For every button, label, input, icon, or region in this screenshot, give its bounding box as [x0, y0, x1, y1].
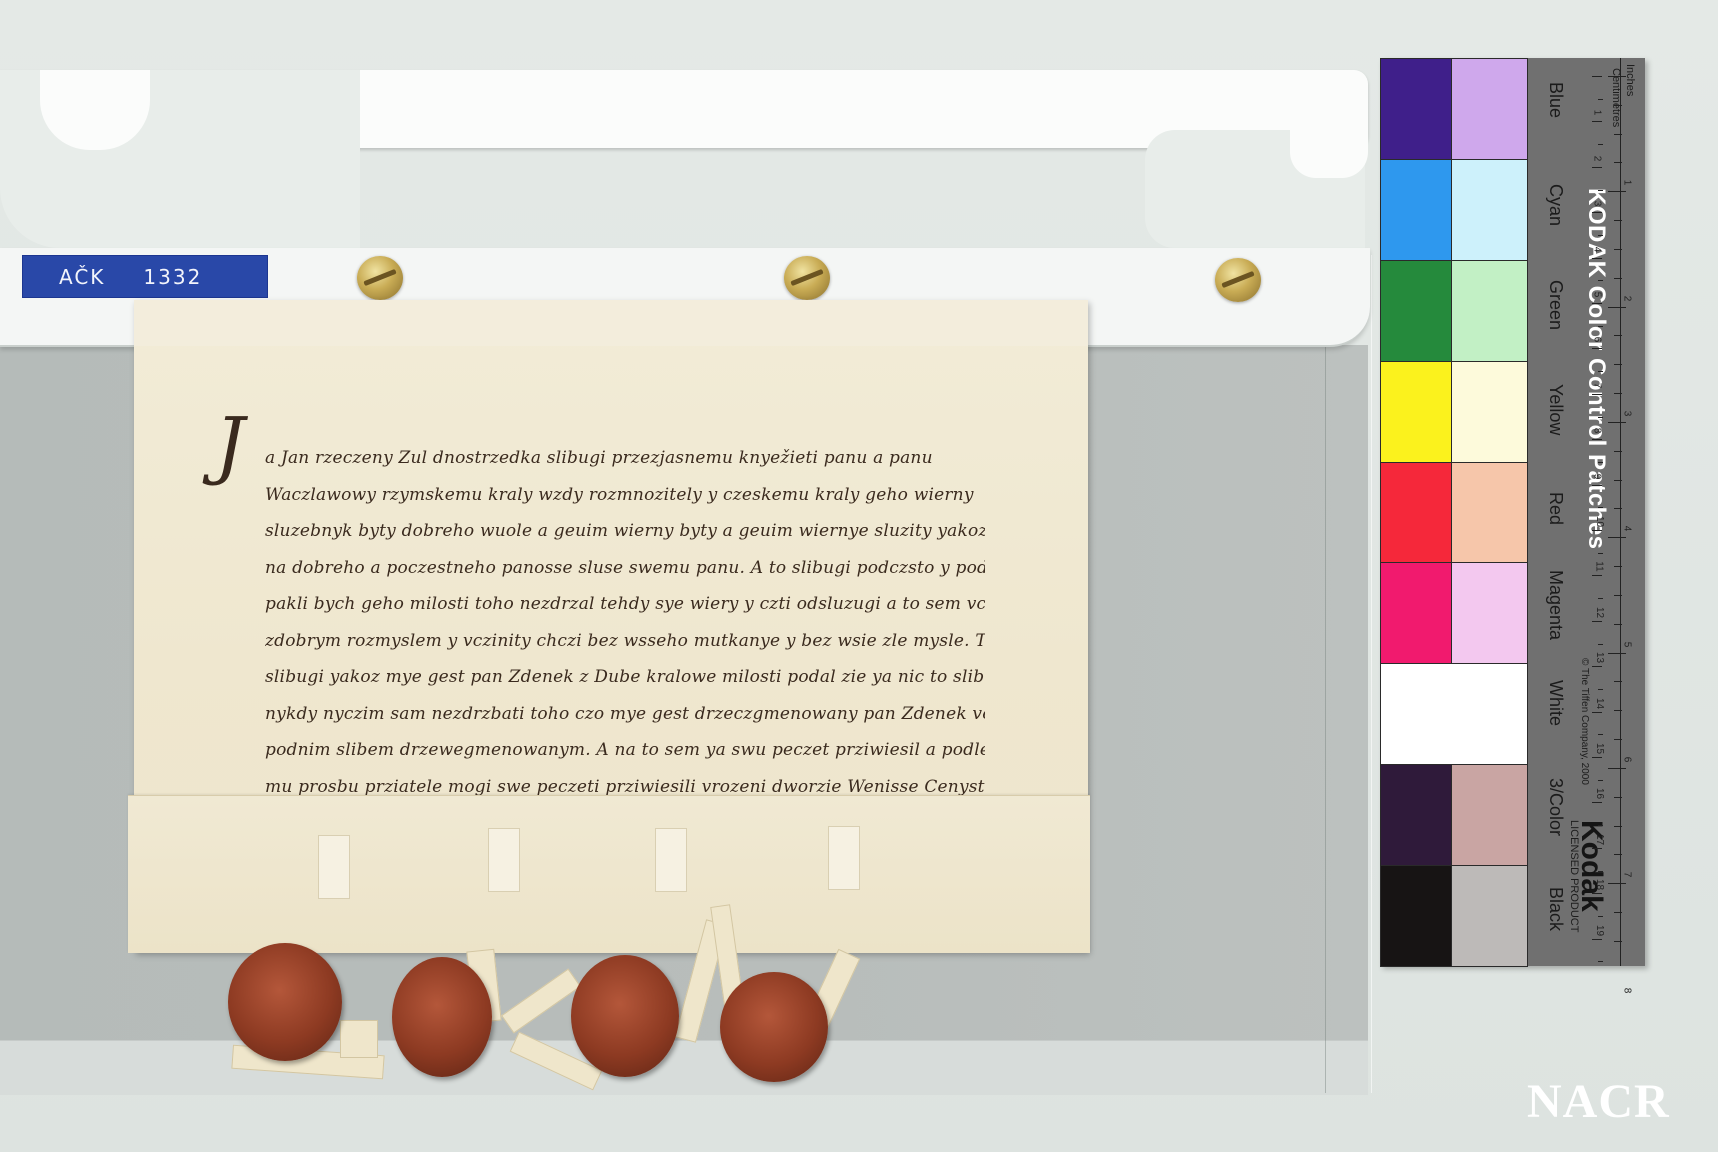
cm-tick: [1598, 280, 1603, 281]
seal-slit: [318, 835, 350, 899]
inch-tick: [1614, 797, 1622, 798]
inch-tick-label: 5: [1621, 641, 1632, 647]
cm-tick: [1592, 121, 1602, 122]
cm-tick: [1598, 734, 1603, 735]
patch-yellow-light: [1451, 361, 1528, 463]
inch-tick-label: 3: [1621, 411, 1632, 417]
inch-tick: [1614, 393, 1622, 394]
cm-tick: [1592, 212, 1602, 213]
inch-tick: [1614, 105, 1622, 106]
cm-tick: [1598, 689, 1603, 690]
screw-icon: [1215, 258, 1261, 302]
inch-tick-label: 2: [1621, 295, 1632, 301]
cm-tick-label: 13: [1594, 652, 1605, 663]
archive-label-prefix: AČK: [59, 265, 105, 289]
cm-tick: [1592, 76, 1602, 77]
cm-tick: [1598, 825, 1603, 826]
inch-tick: [1614, 912, 1622, 913]
screw-icon: [357, 256, 403, 300]
inch-tick: [1614, 134, 1622, 135]
cm-tick-label: 5: [1591, 292, 1602, 298]
text-line: pakli bych geho milosti toho nezdrzal te…: [265, 586, 985, 623]
archive-label-number: 1332: [143, 265, 202, 289]
cm-tick: [1598, 417, 1603, 418]
patch-3-color-light: [1451, 764, 1528, 866]
nacr-watermark: NACR: [1527, 1074, 1670, 1129]
inch-tick: [1614, 278, 1622, 279]
patch-magenta-dark: [1380, 562, 1452, 664]
cm-tick: [1598, 598, 1603, 599]
screw-icon: [784, 256, 830, 300]
inch-tick: [1614, 335, 1622, 336]
inch-tick: [1614, 566, 1622, 567]
cm-tick: [1592, 394, 1602, 395]
cm-tick: [1592, 348, 1602, 349]
inch-tick: [1608, 883, 1626, 884]
cm-tick-label: 14: [1594, 698, 1605, 709]
parchment-under-holder: [134, 300, 1088, 346]
wax-seal: [720, 972, 828, 1082]
cm-tick: [1598, 644, 1603, 645]
inch-tick: [1614, 624, 1622, 625]
inch-tick: [1614, 364, 1622, 365]
cm-tick: [1598, 190, 1603, 191]
inch-tick: [1614, 220, 1622, 221]
inch-tick: [1614, 508, 1622, 509]
cm-tick: [1598, 780, 1603, 781]
inch-tick: [1614, 451, 1622, 452]
inch-tick: [1614, 941, 1622, 942]
patch-red-dark: [1380, 462, 1452, 564]
wax-seal: [392, 957, 492, 1077]
inch-tick-label: 4: [1621, 526, 1632, 532]
seal-tag: [340, 1020, 378, 1058]
cm-tick-label: 3: [1591, 201, 1602, 207]
cm-tick: [1592, 848, 1602, 849]
cm-tick: [1598, 326, 1603, 327]
text-line: na dobreho a poczestneho panosse sluse s…: [265, 550, 985, 587]
inch-tick: [1614, 826, 1622, 827]
patch-green-dark: [1380, 260, 1452, 362]
inch-tick: [1614, 681, 1622, 682]
cm-tick-label: 12: [1594, 607, 1605, 618]
patch-magenta-light: [1451, 562, 1528, 664]
seal-slit: [828, 826, 860, 890]
cm-tick: [1592, 802, 1602, 803]
wax-seal: [571, 955, 679, 1077]
cm-tick: [1598, 99, 1603, 100]
cm-tick: [1598, 507, 1603, 508]
cm-tick: [1592, 893, 1602, 894]
inch-tick: [1614, 249, 1622, 250]
ruler-line: [1620, 58, 1621, 966]
cm-tick: [1598, 144, 1603, 145]
inch-tick: [1608, 191, 1626, 192]
cm-tick: [1592, 621, 1602, 622]
cm-tick: [1592, 939, 1602, 940]
patch-cyan-light: [1451, 159, 1528, 261]
cm-tick: [1598, 235, 1603, 236]
inch-tick: [1614, 162, 1622, 163]
cm-tick: [1592, 258, 1602, 259]
text-line: podnim slibem drzewegmenowanym. A na to …: [265, 732, 985, 769]
cm-tick-label: 15: [1594, 743, 1605, 754]
inch-tick: [1614, 739, 1622, 740]
patch-black-dark: [1380, 865, 1452, 967]
patch-3-color-dark: [1380, 764, 1452, 866]
archive-label: AČK 1332: [22, 255, 268, 298]
cm-tick: [1592, 530, 1602, 531]
inch-tick: [1608, 768, 1626, 769]
plica-fold: [128, 795, 1090, 953]
cm-tick: [1598, 462, 1603, 463]
cm-tick-label: 8: [1591, 428, 1602, 434]
cm-tick: [1592, 712, 1602, 713]
cm-tick-label: 16: [1594, 788, 1605, 799]
cm-tick-label: 18: [1594, 879, 1605, 890]
cm-tick-label: 10: [1594, 516, 1605, 527]
inch-tick: [1608, 307, 1626, 308]
wax-seal: [228, 943, 342, 1061]
text-line: sluzebnyk byty dobreho wuole a geuim wie…: [265, 513, 985, 550]
cm-tick: [1592, 439, 1602, 440]
cm-tick: [1592, 485, 1602, 486]
cm-tick: [1598, 916, 1603, 917]
cm-tick-label: 17: [1594, 834, 1605, 845]
cm-tick: [1592, 757, 1602, 758]
cm-tick-label: 7: [1591, 383, 1602, 389]
inch-tick: [1614, 480, 1622, 481]
cm-tick-label: 11: [1594, 562, 1605, 572]
cm-tick: [1592, 666, 1602, 667]
patch-blue-dark: [1380, 58, 1452, 160]
cm-tick: [1598, 961, 1603, 962]
text-line: slibugi yakoz mye gest pan Zdenek z Dube…: [265, 659, 985, 696]
text-line: a Jan rzeczeny Zul dnostrzedka slibugi p…: [265, 440, 985, 477]
cm-tick-label: 4: [1591, 246, 1602, 252]
cm-tick: [1598, 371, 1603, 372]
inch-tick: [1614, 595, 1622, 596]
text-line: nykdy nyczim sam nezdrzbati toho czo mye…: [265, 696, 985, 733]
inch-tick-label: 7: [1621, 872, 1632, 878]
inch-tick: [1608, 537, 1626, 538]
inch-tick-label: 6: [1621, 757, 1632, 763]
mount-hook-right-notch: [1290, 118, 1368, 178]
patch-black-light: [1451, 865, 1528, 967]
patch-blue-light: [1451, 58, 1528, 160]
cm-tick-label: 1: [1591, 110, 1602, 116]
text-line: Waczlawowy rzymskemu kraly wzdy rozmnozi…: [265, 477, 985, 514]
seal-slit: [655, 828, 687, 892]
acrylic-sheet-bottom: [0, 1040, 1368, 1095]
cm-tick: [1592, 167, 1602, 168]
color-patches: [1380, 58, 1528, 966]
cm-tick-label: 2: [1591, 156, 1602, 162]
cm-tick: [1598, 553, 1603, 554]
acrylic-sheet-edge: [1325, 255, 1372, 1093]
inch-tick: [1608, 76, 1626, 77]
patch-yellow-dark: [1380, 361, 1452, 463]
seal-slit: [488, 828, 520, 892]
cm-tick: [1592, 575, 1602, 576]
patch-white: [1380, 663, 1528, 765]
patch-green-light: [1451, 260, 1528, 362]
inch-tick-label: 1: [1621, 180, 1632, 186]
decorated-initial: J: [215, 408, 245, 482]
inch-tick: [1608, 422, 1626, 423]
patch-red-light: [1451, 462, 1528, 564]
ruler-ticks: 1234567891011121314151617181912345678: [1528, 58, 1645, 966]
inch-tick: [1608, 653, 1626, 654]
inch-tick: [1614, 710, 1622, 711]
cm-tick-label: 19: [1594, 925, 1605, 936]
cm-tick-label: 9: [1591, 473, 1602, 479]
inch-tick-label: 8: [1621, 987, 1632, 993]
cm-tick-label: 6: [1591, 337, 1602, 343]
patch-cyan-dark: [1380, 159, 1452, 261]
cm-tick: [1598, 871, 1603, 872]
text-line: zdobrym rozmyslem y vczinity chczi bez w…: [265, 623, 985, 660]
cm-tick: [1592, 303, 1602, 304]
inch-tick: [1614, 854, 1622, 855]
